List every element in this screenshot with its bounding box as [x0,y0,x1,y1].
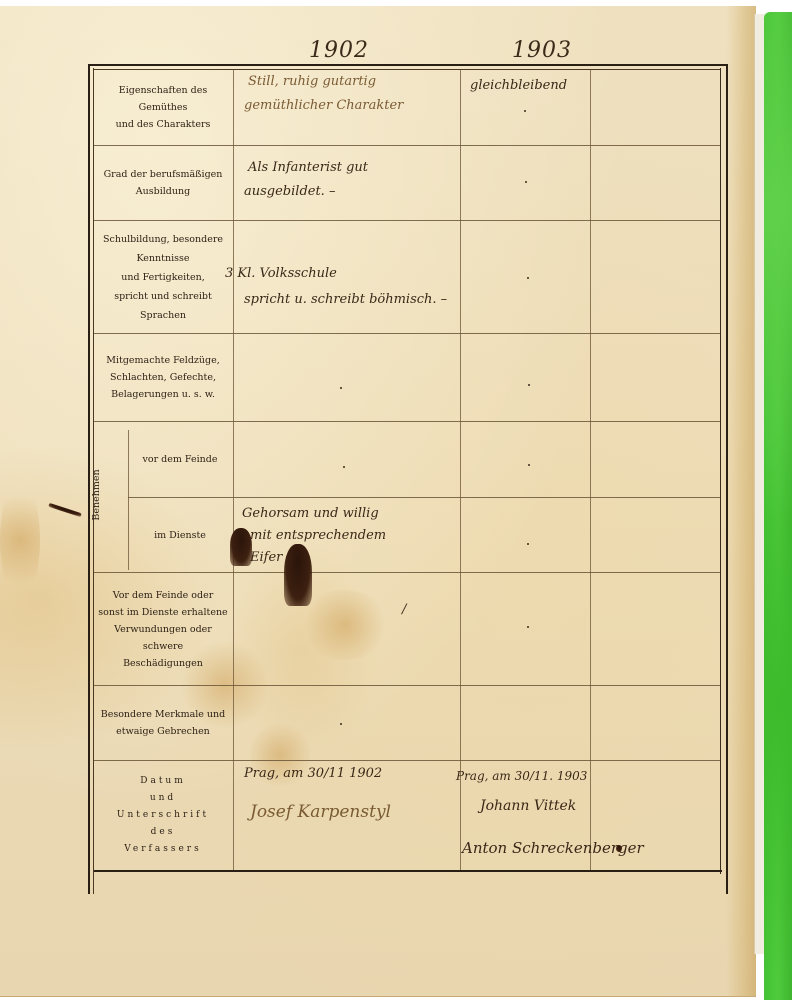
entry-1902-training-line2: ausgebildet. – [244,182,335,202]
label-line: Verwundungen oder schwere [94,621,232,655]
row-label-signature: Datum und Unterschrift des Verfassers [94,761,232,870]
row-label-campaigns: Mitgemachte Feldzüge, Schlachten, Gefech… [94,334,232,421]
label-line: und des Charakters [116,116,211,133]
signature-1903-first: Johann Vittek [480,796,576,816]
entry-1902-service-line3: Eifer [250,548,282,568]
page-edge-stain [726,6,756,996]
entry-1902-injuries: / [402,600,406,620]
entry-1902-character-line2: gemüthlicher Charakter [244,96,403,116]
table-inner-right-rule [720,68,721,874]
empty-mark [528,384,530,386]
label-line: spricht und schreibt [114,287,212,306]
entry-1902-service-line1: Gehorsam und willig [242,504,379,524]
year-heading-1903: 1903 [512,38,572,63]
entry-1902-education-line2: spricht u. schreibt böhmisch. – [244,290,447,310]
entry-1902-training-line1: Als Infanterist gut [248,158,368,178]
year-heading-1902: 1902 [309,38,369,63]
empty-mark [527,626,529,628]
row-label-before-enemy: vor dem Feinde [128,422,232,497]
label-line: Unterschrift [117,807,209,824]
ink-blot [230,528,252,566]
label-line: Eigenschaften des Gemüthes [94,82,232,116]
row-label-character: Eigenschaften des Gemüthes und des Chara… [94,70,232,145]
empty-mark [528,464,530,466]
ink-blot [284,544,312,606]
edge-stain [0,480,40,600]
empty-mark [343,466,345,468]
label-line: Mitgemachte Feldzüge, [106,352,220,369]
label-line: Belagerungen u. s. w. [111,386,215,403]
label-line: Schlachten, Gefechte, [110,369,216,386]
label-line: und Fertigkeiten, [121,268,205,287]
label-line: des [151,824,176,841]
entry-1902-character-line1: Still, ruhig gutartig [248,72,376,92]
entry-1903-date: Prag, am 30/11. 1903 [456,766,587,786]
row-label-training: Grad der berufsmäßigen Ausbildung [94,146,232,220]
empty-mark [527,543,529,545]
empty-mark [340,387,342,389]
label-line: Datum [140,773,186,790]
row-label-education: Schulbildung, besondere Kenntnisse und F… [94,221,232,333]
empty-mark [527,277,529,279]
column-divider [590,70,591,870]
label-line: Sprachen [140,306,186,325]
label-line: Kenntnisse [136,249,189,268]
entry-1903-character: gleichbleibend [470,76,567,96]
label-line: Grad der berufsmäßigen [104,166,223,183]
label-line: Vor dem Feinde oder [113,587,214,604]
label-line: Besondere Merkmale und [101,706,226,723]
entry-1902-service-line2: mit entsprechendem [250,526,386,546]
signature-1902: Josef Karpenstyl [250,802,391,822]
label-line: und [150,790,176,807]
label-line: sonst im Dienste erhaltene [98,604,227,621]
group-label-benehmen: Benehmen [91,465,105,525]
label-line: etwaige Gebrechen [116,723,210,740]
label-line: Schulbildung, besondere [103,230,223,249]
row-label-injuries: Vor dem Feinde oder sonst im Dienste erh… [94,573,232,685]
green-binding-strip [764,12,792,1000]
entry-1902-education-line1: 3 Kl. Volksschule [225,264,337,284]
column-divider [460,70,461,870]
label-line: Ausbildung [136,183,190,200]
entry-1902-date: Prag, am 30/11 1902 [244,764,382,784]
ink-spot [616,845,622,852]
column-divider [233,70,234,870]
table-bottom-rule [94,870,722,872]
empty-mark [340,723,342,725]
label-line: Verfassers [124,841,201,858]
label-line: Beschädigungen [123,655,203,672]
empty-mark [525,181,527,183]
row-label-features: Besondere Merkmale und etwaige Gebrechen [94,686,232,760]
empty-mark [524,110,526,112]
row-label-in-service: im Dienste [128,498,232,572]
